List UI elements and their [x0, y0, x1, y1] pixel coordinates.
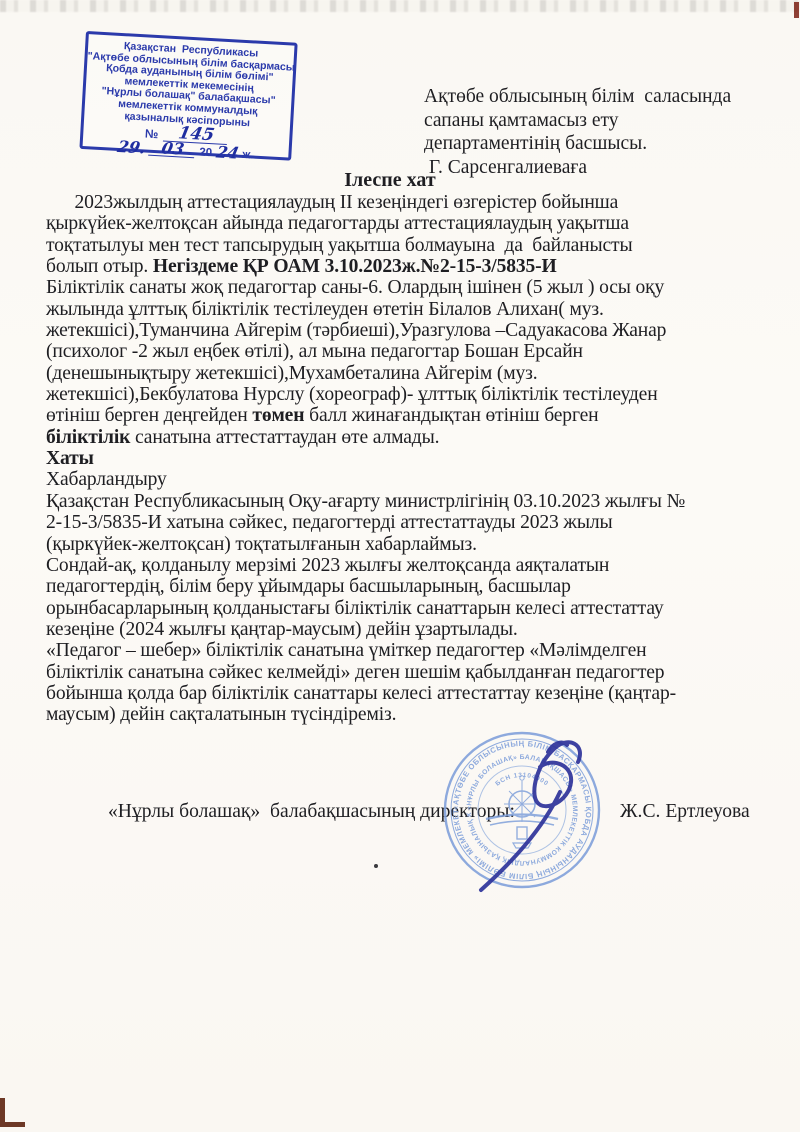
letter-body-line: өтініш берген деңгейден төмен балл жинағ…	[46, 405, 776, 426]
letter-body-line: (денешынықтыру жетекшісі),Мухамбеталина …	[46, 363, 776, 384]
letter-body-line: 2023жылдың аттестациялаудың ІІ кезеңінде…	[46, 192, 776, 213]
stamp-date-month-handwritten: 03	[148, 141, 197, 158]
letter-body-line: Хаты	[46, 448, 776, 469]
letter-body-line: (психолог -2 жыл еңбек өтілі), ал мына п…	[46, 341, 776, 362]
scan-artifact-top-right	[794, 2, 799, 18]
scan-artifact-top-band	[0, 0, 800, 12]
letter-body-line: болып отыр. Негіздеме ҚР ОАМ 3.10.2023ж.…	[46, 256, 776, 277]
letter-body-line: жылында ұлттық біліктілік тестілеуден өт…	[46, 299, 776, 320]
letter-body-line: жетекшісі),Туманчина Айгерім (тәрбиеші),…	[46, 320, 776, 341]
recipient-line: Ақтөбе облысының білім саласында	[424, 85, 754, 109]
document-title: Ілеспе хат	[0, 169, 780, 192]
letter-body-line: Сондай-ақ, қолданылу мерзімі 2023 жылғы …	[46, 555, 776, 576]
letter-body-line: тоқтатылуы мен тест тапсырудың уақытша б…	[46, 235, 776, 256]
stamp-date-century: 20	[199, 147, 212, 160]
stamp-date-suffix: ж.	[242, 149, 254, 162]
letter-body-line: біліктілік санатына аттестаттаудан өте а…	[46, 427, 776, 448]
stamp-date-year-handwritten: 24	[215, 146, 240, 161]
letter-body-line: кезеңіне (2024 жылғы қаңтар-маусым) дейі…	[46, 619, 776, 640]
signature-ink	[436, 700, 646, 920]
recipient-line: департаментінің басшысы.	[424, 132, 754, 156]
recipient-line: сапаны қамтамасыз ету	[424, 109, 754, 133]
stamp-org-lines: Қазақстан Республикасы"Ақтөбе облысының …	[84, 39, 294, 132]
letter-body-line: «Педагог – шебер» біліктілік санатына үм…	[46, 640, 776, 661]
registration-stamp: Қазақстан Республикасы"Ақтөбе облысының …	[79, 31, 297, 161]
scan-artifact-bottom-left	[0, 1098, 25, 1127]
letter-body-line: орынбасарларының қолданыстағы біліктілік…	[46, 598, 776, 619]
letter-body-line: Хабарландыру	[46, 469, 776, 490]
letter-body-line: педагогтердің, білім беру ұйымдары басшы…	[46, 576, 776, 597]
letter-body: 2023жылдың аттестациялаудың ІІ кезеңінде…	[46, 192, 776, 726]
scanned-letter-page: Қазақстан Республикасы"Ақтөбе облысының …	[0, 0, 800, 1132]
letter-body-line: 2-15-3/5835-И хатына сәйкес, педагогтерд…	[46, 512, 776, 533]
letter-body-line: Қазақстан Республикасының Оқу-ағарту мин…	[46, 491, 776, 512]
letter-body-line: Біліктілік санаты жоқ педагогтар саны-6.…	[46, 277, 776, 298]
letter-body-line: біліктілік санатына сәйкес келмейді» дег…	[46, 662, 776, 683]
stamp-date-day-handwritten: 29.	[116, 140, 147, 155]
letter-body-line: маусым) дейін сақталатынын түсіндіреміз.	[46, 704, 776, 725]
scan-artifact-dot	[374, 864, 378, 868]
letter-body-line: жетекшісі),Бекбулатова Нурслу (хореограф…	[46, 384, 776, 405]
letter-body-line: бойынша қолда бар біліктілік санаттары к…	[46, 683, 776, 704]
letter-body-line: (қыркүйек-желтоқсан) тоқтатылғанын хабар…	[46, 534, 776, 555]
recipient-block: Ақтөбе облысының білім саласындасапаны қ…	[424, 85, 754, 179]
letter-body-line: қыркүйек-желтоқсан айында педагогтарды а…	[46, 213, 776, 234]
